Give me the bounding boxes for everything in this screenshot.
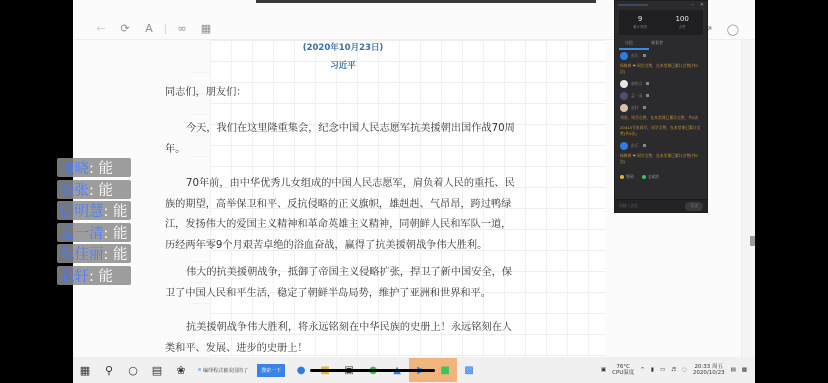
legend-checkin[interactable]: 签到 <box>620 174 634 180</box>
cpu-temp: 76°C CPU温度 <box>612 364 634 376</box>
student-name: 张张 <box>60 179 89 200</box>
chat-input[interactable]: 请输入消息 <box>619 203 638 209</box>
search-text: 编绎程式被美国的了 <box>203 367 248 374</box>
send-button[interactable]: 发送 <box>685 202 703 211</box>
status-text: : 能 <box>89 265 113 286</box>
chat-panel: – ✕ 9 累计观看 100 点赞 讨论 观看者 彭乐 杨梅黄 ❤ 同学点赞，在… <box>614 0 708 213</box>
paragraph-1: 今天，我们在这里隆重集会，纪念中国人民志愿军抗美援朝出国作战70周年。 <box>165 119 520 160</box>
fan-app-icon[interactable]: ❀ <box>169 358 193 382</box>
microphone-icon[interactable]: ▮ <box>651 367 654 373</box>
task-view-icon[interactable]: ▤ <box>145 358 169 382</box>
input-method-icon[interactable]: ▣ <box>601 367 606 373</box>
system-message: 刘涛，同学点赞，在本堂课已累计点赞，共0次 <box>615 114 707 124</box>
name-tag: 赵轩: 能 <box>57 266 131 285</box>
system-message: 杨梅黄 ❤ 同学点赞，在本堂课已累计点赞(共0次) <box>615 152 707 168</box>
close-icon[interactable]: ✕ <box>700 2 704 8</box>
name-tag: 孟一清: 能 <box>57 223 131 242</box>
stat-value: 9 <box>633 15 647 23</box>
user-name: 彭乐 <box>631 143 639 149</box>
user-name: 谢明言 <box>631 81 642 87</box>
badge-icon <box>646 94 649 97</box>
chat-user-row: 孟一清 <box>615 90 707 102</box>
system-message: 20413号张同学，同学点赞，在本堂课已累计点赞(共0次) <box>615 124 707 140</box>
name-tag: 唐明慧: 能 <box>57 201 131 220</box>
badge-icon <box>646 82 649 85</box>
meeting-app-icon[interactable]: ▩ <box>457 358 481 382</box>
green-dot-icon <box>642 175 646 179</box>
pen-stroke <box>310 369 435 372</box>
student-name: 戴佳丽 <box>60 243 104 264</box>
status-text: : 能 <box>89 179 113 200</box>
legend-clear[interactable]: 全部消 <box>642 174 659 180</box>
chat-user-row: 彭乐 <box>615 50 707 62</box>
avatar <box>620 80 628 88</box>
student-name: 孟一清 <box>60 222 104 243</box>
search-button[interactable]: 搜索一下 <box>257 364 285 377</box>
stats-box: 9 累计观看 100 点赞 <box>619 10 703 35</box>
battery-icon[interactable]: ▭ <box>660 367 665 373</box>
document-header: (2020年10月23日) 习近平 <box>73 40 613 71</box>
notification-icon[interactable]: ▩ <box>742 367 747 373</box>
cpu-temp-label: CPU温度 <box>612 370 634 376</box>
system-tray: ▣ 76°C CPU温度 ^ ▮ ▭ ♬ ◌ 20:33 周五 2020/10/… <box>601 364 755 376</box>
chat-tabs: 讨论 观看者 <box>615 37 707 48</box>
chat-app-icon[interactable]: ■ <box>433 358 457 382</box>
title-bar-accent <box>618 4 648 6</box>
document-author: 习近平 <box>73 59 613 71</box>
stat-value: 100 <box>675 15 688 23</box>
document-date: (2020年10月23日) <box>73 41 613 53</box>
scrollbar-handle[interactable] <box>750 236 755 246</box>
side-strip <box>741 40 755 358</box>
top-strip <box>256 0 596 3</box>
status-text: : 能 <box>104 222 128 243</box>
browser-icon: e <box>198 367 201 373</box>
toolbar-divider <box>165 24 166 34</box>
stat-likes: 100 点赞 <box>675 15 688 30</box>
user-name: 彭乐 <box>631 53 639 59</box>
legend-label: 全部消 <box>648 174 659 179</box>
stat-label: 累计观看 <box>633 25 647 30</box>
cortana-icon[interactable]: ○ <box>121 358 145 382</box>
paragraph-4: 抗美援朝战争伟大胜利，将永远铭刻在中华民族的史册上！永远铭刻在人类和平、发展、进… <box>165 318 520 359</box>
status-text: : 能 <box>89 157 113 178</box>
refresh-icon[interactable]: ⟳ <box>113 20 137 38</box>
badge-icon <box>643 54 646 57</box>
windows-start-icon[interactable]: ▦ <box>73 358 97 382</box>
overlay-name-list: 顾晓: 能 张张: 能 唐明慧: 能 孟一清: 能 戴佳丽: 能 赵轩: 能 <box>57 158 131 287</box>
name-tag: 顾晓: 能 <box>57 158 131 177</box>
clock[interactable]: 20:33 周五 2020/10/23 <box>693 364 725 376</box>
badge-icon <box>643 144 646 147</box>
back-arrow-icon[interactable]: ← <box>89 20 113 38</box>
stat-viewers: 9 累计观看 <box>633 15 647 30</box>
chevron-up-icon[interactable]: ^ <box>640 367 645 373</box>
volume-icon[interactable]: ♬ <box>671 367 676 373</box>
link-icon[interactable]: ∞ <box>170 20 194 38</box>
minimize-icon[interactable]: – <box>691 2 694 8</box>
paragraph-greeting: 同志们，朋友们： <box>165 83 520 104</box>
paragraph-2: 70年前，由中华优秀儿女组成的中国人民志愿军，肩负着人民的重托、民族的期望，高举… <box>165 174 520 256</box>
badge-icon <box>643 106 646 109</box>
tab-discussion[interactable]: 讨论 <box>625 40 633 46</box>
name-tag: 张张: 能 <box>57 180 131 199</box>
user-name: 孟一清 <box>631 93 642 99</box>
wifi-icon[interactable]: ◌ <box>682 367 687 373</box>
font-icon[interactable]: A <box>137 20 161 38</box>
avatar <box>620 52 628 60</box>
help-icon[interactable]: ◯ <box>727 23 739 36</box>
tab-viewers[interactable]: 观看者 <box>651 40 663 46</box>
chat-legend: 签到 全部消 <box>615 168 707 186</box>
chat-titlebar: – ✕ <box>615 1 707 8</box>
chat-user-row: 赵轩 <box>615 102 707 114</box>
status-text: : 能 <box>104 243 128 264</box>
taskbar-search[interactable]: e 编绎程式被美国的了 <box>193 367 253 374</box>
chat-input-bar: 请输入消息 发送 <box>615 199 707 212</box>
notes-icon[interactable]: ▤ <box>731 367 736 373</box>
chat-user-row: 谢明言 <box>615 78 707 90</box>
search-icon[interactable]: ⚲ <box>97 358 121 382</box>
student-name: 唐明慧 <box>60 200 104 221</box>
calendar-icon[interactable]: ▦ <box>194 20 218 38</box>
avatar <box>620 142 628 150</box>
clock-date: 2020/10/23 <box>693 370 725 376</box>
chat-user-row: 彭乐 <box>615 140 707 152</box>
user-name: 赵轩 <box>631 105 639 111</box>
avatar <box>620 104 628 112</box>
student-name: 赵轩 <box>60 265 89 286</box>
name-tag: 戴佳丽: 能 <box>57 244 131 263</box>
yellow-dot-icon <box>620 175 624 179</box>
legend-label: 签到 <box>626 174 634 179</box>
status-text: : 能 <box>104 200 128 221</box>
avatar <box>620 92 628 100</box>
stat-label: 点赞 <box>675 25 688 30</box>
paragraph-3: 伟大的抗美援朝战争，抵御了帝国主义侵略扩张，捍卫了新中国安全，保卫了中国人民和平… <box>165 263 520 304</box>
student-name: 顾晓 <box>60 157 89 178</box>
system-message: 杨梅黄 ❤ 同学点赞，在本堂课已累计点赞(共0次) <box>615 62 707 78</box>
